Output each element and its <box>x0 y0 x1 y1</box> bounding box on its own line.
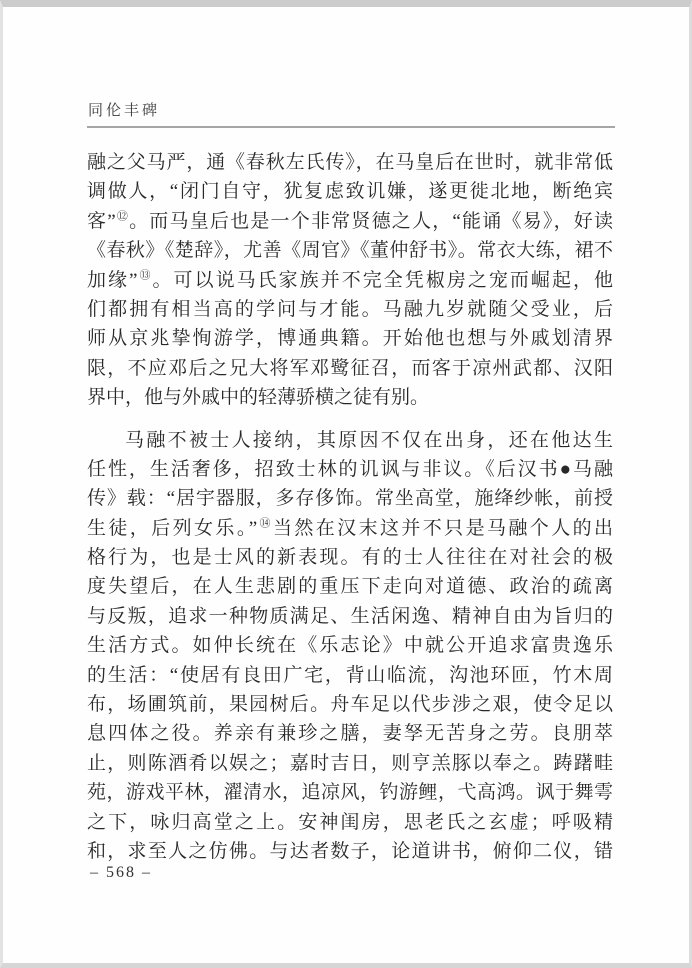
footnote-marker: ⑫ <box>116 210 129 222</box>
text-line: 生活方式。如仲长统在《乐志论》中就公开追求富贵逸乐 <box>87 631 613 660</box>
text-line: 限，不应邓后之兄大将军邓鹭征召，而客于凉州武都、汉阳 <box>87 354 613 383</box>
text-line: 融之父马严，通《春秋左氏传》，在马皇后在世时，就非常低 <box>87 148 613 177</box>
text-line: 格行为，也是士风的新表现。有的士人往往在对社会的极 <box>87 543 613 572</box>
text-line: 苑，游戏平林，濯清水，追凉风，钓游鲤，弋高鸿。讽于舞雩 <box>87 778 613 807</box>
text-line: 和，求至人之仿佛。与达者数子，论道讲书，俯仰二仪，错 <box>87 837 613 866</box>
text-line: 生徒，后列女乐。”⑭当然在汉末这并不只是马融个人的出 <box>87 514 613 543</box>
footnote-marker: ⑭ <box>257 517 273 529</box>
text-line: 止，则陈酒肴以娱之；嘉时吉日，则亨羔豚以奉之。踌躇畦 <box>87 749 613 778</box>
text-line: 界中，他与外戚中的轻薄骄横之徒有别。 <box>87 383 613 412</box>
text-line: 《春秋》《楚辞》，尤善《周官》《董仲舒书》。常衣大练，裙不 <box>87 236 613 265</box>
text-line: 布，场圃筑前，果园树后。舟车足以代步涉之艰，使令足以 <box>87 690 613 719</box>
text-line: 息四体之役。养亲有兼珍之膳，妻孥无苦身之劳。良朋萃 <box>87 719 613 748</box>
footnote-marker: ⑬ <box>137 269 152 281</box>
text-line: 与反叛，追求一种物质满足、生活闲逸、精神自由为旨归的 <box>87 602 613 631</box>
text-line: 马融不被士人接纳，其原因不仅在出身，还在他达生 <box>87 426 613 455</box>
book-page: 同伦丰碑 融之父马严，通《春秋左氏传》，在马皇后在世时，就非常低调做人，“闭门自… <box>0 0 692 968</box>
text-line: 之下，咏归高堂之上。安神闺房，思老氏之玄虚；呼吸精 <box>87 808 613 837</box>
text-line: 们都拥有相当高的学问与才能。马融九岁就随父受业，后 <box>87 295 613 324</box>
text-line: 传》载：“居宇器服，多存侈饰。常坐高堂，施绛纱帐，前授 <box>87 484 613 513</box>
text-line: 调做人，“闭门自守，犹复虑致讥嫌，遂更徙北地，断绝宾 <box>87 177 613 206</box>
header-rule <box>87 126 615 128</box>
text-line: 的生活：“使居有良田广宅，背山临流，沟池环匝，竹木周 <box>87 661 613 690</box>
page-number: – 568 – <box>90 864 152 882</box>
text-line: 加缘”⑬。可以说马氏家族并不完全凭椒房之宠而崛起，他 <box>87 266 613 295</box>
text-line: 客”⑫。而马皇后也是一个非常贤德之人，“能诵《易》，好读 <box>87 207 613 236</box>
body-text: 融之父马严，通《春秋左氏传》，在马皇后在世时，就非常低调做人，“闭门自守，犹复虑… <box>87 148 613 866</box>
text-line: 任性，生活奢侈，招致士林的讥讽与非议。《后汉书●马融 <box>87 455 613 484</box>
text-line: 师从京兆挚恂游学，博通典籍。开始他也想与外戚划清界 <box>87 324 613 353</box>
running-head: 同伦丰碑 <box>88 99 160 120</box>
text-line: 度失望后，在人生悲剧的重压下走向对道德、政治的疏离 <box>87 572 613 601</box>
